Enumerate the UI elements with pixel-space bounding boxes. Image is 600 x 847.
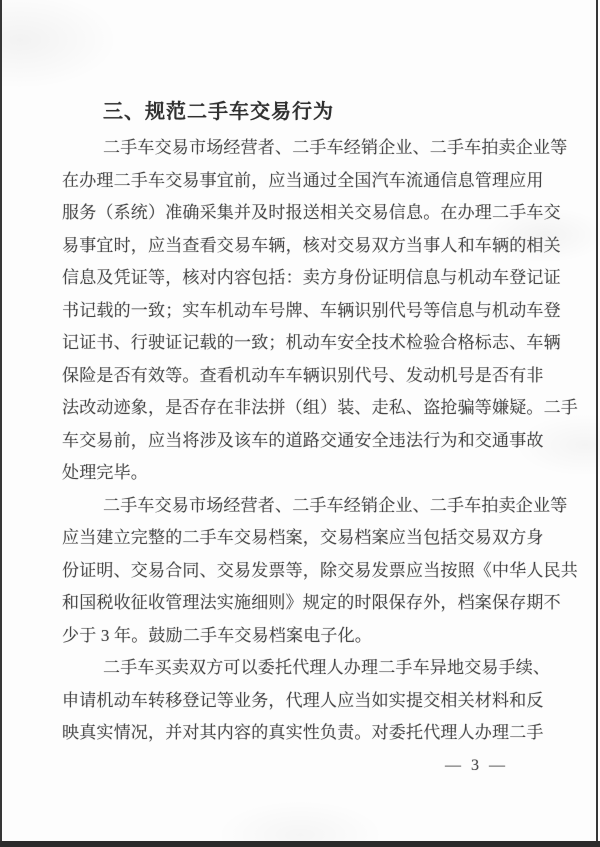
text-line: 处理完毕。 xyxy=(62,457,540,490)
text-line: 易事宜时，应当查看交易车辆，核对交易双方当事人和车辆的相关 xyxy=(62,230,540,263)
text-line: 份证明、交易合同、交易发票等，除交易发票应当按照《中华人民共 xyxy=(62,555,540,588)
page-edge-bottom xyxy=(0,841,600,847)
text-line: 二手车买卖双方可以委托代理人办理二手车异地交易手续、 xyxy=(62,652,540,685)
text-line: 应当建立完整的二手车交易档案，交易档案应当包括交易双方身 xyxy=(62,522,540,555)
document-content: 三、规范二手车交易行为 二手车交易市场经营者、二手车经销企业、二手车拍卖企业等在… xyxy=(62,96,540,782)
text-line: 记证书、行驶证记载的一致；机动车安全技术检验合格标志、车辆 xyxy=(62,327,540,360)
paragraph: 二手车交易市场经营者、二手车经销企业、二手车拍卖企业等应当建立完整的二手车交易档… xyxy=(62,490,540,653)
text-line: 二手车交易市场经营者、二手车经销企业、二手车拍卖企业等 xyxy=(62,132,540,165)
text-line: 车交易前，应当将涉及该车的道路交通安全违法行为和交通事故 xyxy=(62,425,540,458)
page-number: — 3 — xyxy=(62,750,540,783)
text-line: 服务（系统）准确采集并及时报送相关交易信息。在办理二手车交 xyxy=(62,197,540,230)
text-line: 二手车交易市场经营者、二手车经销企业、二手车拍卖企业等 xyxy=(62,490,540,523)
text-line: 和国税收征收管理法实施细则》规定的时限保存外，档案保存期不 xyxy=(62,587,540,620)
paragraph: 二手车交易市场经营者、二手车经销企业、二手车拍卖企业等在办理二手车交易事宜前，应… xyxy=(62,132,540,490)
paragraph: 二手车买卖双方可以委托代理人办理二手车异地交易手续、申请机动车转移登记等业务，代… xyxy=(62,652,540,750)
section-heading: 三、规范二手车交易行为 xyxy=(62,96,540,129)
text-line: 申请机动车转移登记等业务，代理人应当如实提交相关材料和反 xyxy=(62,685,540,718)
text-line: 保险是否有效等。查看机动车车辆识别代号、发动机号是否有非 xyxy=(62,360,540,393)
text-line: 在办理二手车交易事宜前，应当通过全国汽车流通信息管理应用 xyxy=(62,165,540,198)
page-edge-right xyxy=(596,0,598,847)
page-edge-left xyxy=(0,0,2,847)
text-line: 映真实情况，并对其内容的真实性负责。对委托代理人办理二手 xyxy=(62,717,540,750)
text-line: 书记载的一致；实车机动车号牌、车辆识别代号等信息与机动车登 xyxy=(62,295,540,328)
text-line: 信息及凭证等，核对内容包括：卖方身份证明信息与机动车登记证 xyxy=(62,262,540,295)
document-body: 二手车交易市场经营者、二手车经销企业、二手车拍卖企业等在办理二手车交易事宜前，应… xyxy=(62,132,540,750)
text-line: 少于 3 年。鼓励二手车交易档案电子化。 xyxy=(62,620,540,653)
text-line: 法改动迹象，是否存在非法拼（组）装、走私、盗抢骗等嫌疑。二手 xyxy=(62,392,540,425)
scanned-document-page: 三、规范二手车交易行为 二手车交易市场经营者、二手车经销企业、二手车拍卖企业等在… xyxy=(0,0,600,847)
